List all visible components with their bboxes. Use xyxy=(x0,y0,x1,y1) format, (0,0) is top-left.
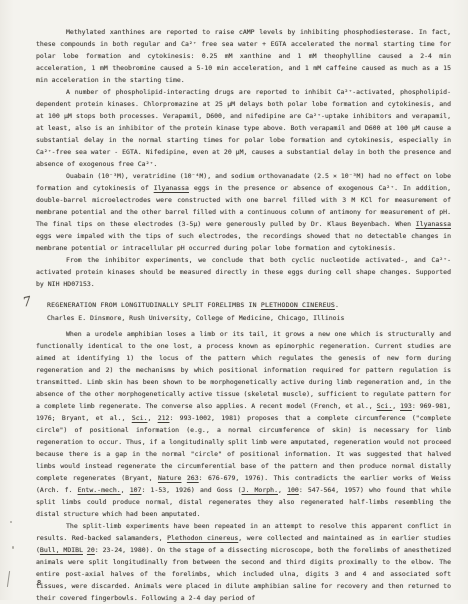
paragraph-xanthines-4: From the inhibitor experiments, we concl… xyxy=(36,254,451,290)
abstract-authors: Charles E. Dinsmore, Rush University, Co… xyxy=(47,312,451,324)
scan-artifact-speck xyxy=(10,521,12,523)
scan-artifact-scratch xyxy=(7,571,10,587)
paragraph-xanthines-2: A number of phospholipid-interacting dru… xyxy=(36,86,451,170)
scanned-document-page: Methylated xanthines are reported to rai… xyxy=(0,0,468,600)
abstract-title: REGENERATION FROM LONGITUDINALLY SPLIT F… xyxy=(47,299,451,311)
handwritten-margin-annotation: 7 xyxy=(22,294,33,310)
paragraph-xanthines-3: Ouabain (10⁻³M), veratridine (10⁻⁴M), an… xyxy=(36,170,451,254)
abstract-title-row: 7 REGENERATION FROM LONGITUDINALLY SPLIT… xyxy=(47,299,451,311)
page-number: 8 xyxy=(37,579,41,587)
paragraph-regeneration-1: When a urodele amphibian loses a limb or… xyxy=(36,328,451,520)
scan-artifact-speck xyxy=(12,546,14,549)
paragraph-regeneration-2: The split-limb experiments have been rep… xyxy=(36,520,451,600)
paragraph-xanthines-1: Methylated xanthines are reported to rai… xyxy=(36,26,451,86)
